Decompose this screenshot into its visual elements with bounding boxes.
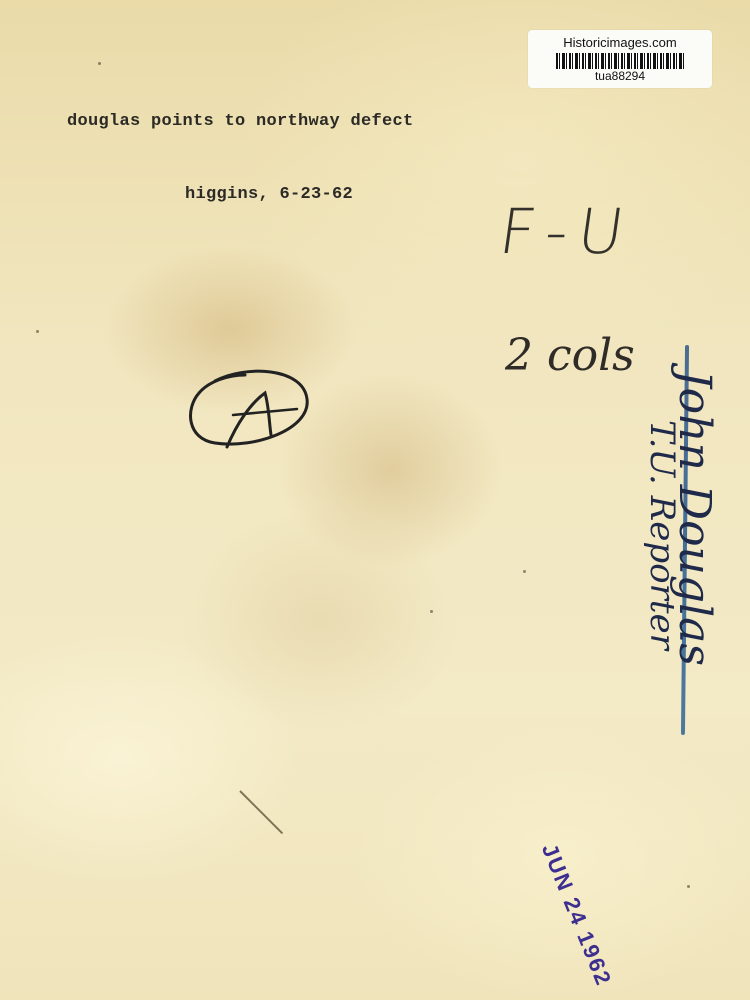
archive-label: Historicimages.com tua88294 bbox=[528, 30, 712, 88]
barcode-icon bbox=[556, 53, 684, 69]
label-code: tua88294 bbox=[528, 70, 712, 83]
paper-speck bbox=[98, 62, 101, 65]
paper-speck bbox=[430, 610, 433, 613]
paper-speck bbox=[687, 885, 690, 888]
circled-letter-icon bbox=[185, 363, 313, 451]
handwritten-section: F-U bbox=[495, 195, 639, 268]
signature-block: John Douglas T.U. Reporter bbox=[600, 360, 750, 740]
typed-headline: douglas points to northway defect bbox=[67, 112, 414, 131]
document-page: Historicimages.com tua88294 douglas poin… bbox=[0, 0, 750, 1000]
paper-speck bbox=[523, 570, 526, 573]
date-stamp: JUN 24 1962 bbox=[536, 840, 617, 990]
label-site: Historicimages.com bbox=[528, 36, 712, 50]
paper-speck bbox=[36, 330, 39, 333]
signature-title: T.U. Reporter bbox=[642, 420, 682, 650]
paper-scratch bbox=[239, 790, 283, 834]
typed-byline: higgins, 6-23-62 bbox=[185, 185, 353, 204]
